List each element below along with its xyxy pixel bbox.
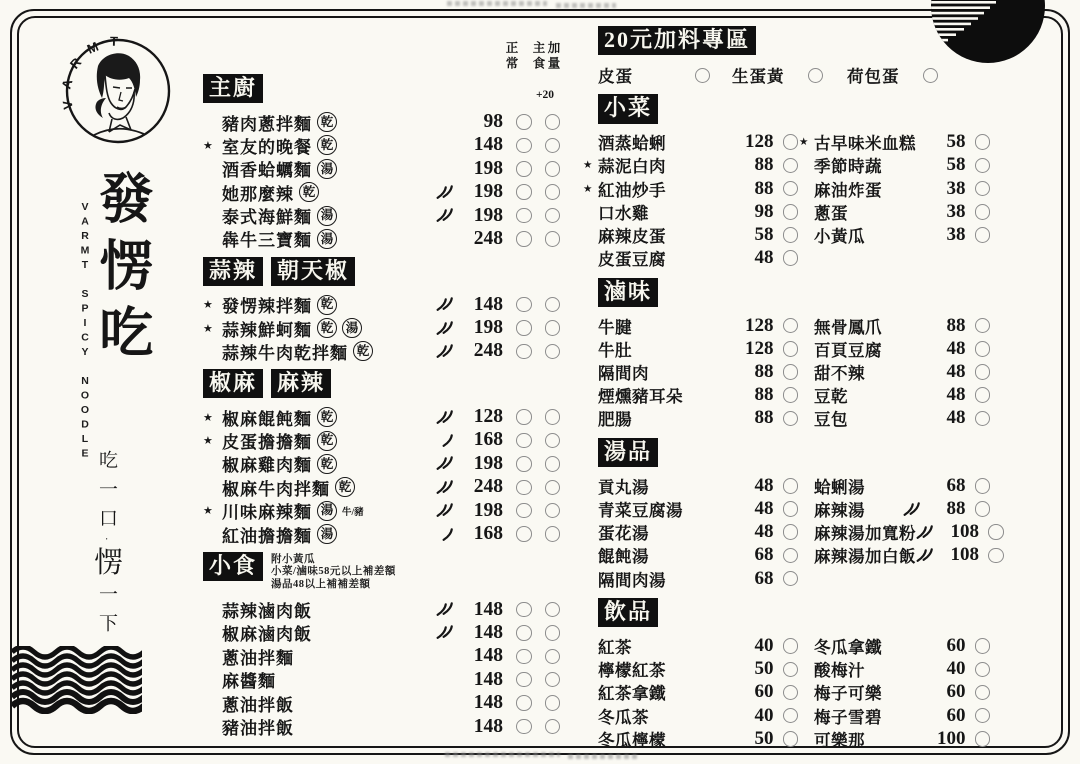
menu-item-row: 季節時蔬58 (814, 154, 990, 177)
item-name: 餛飩湯 (598, 543, 649, 567)
order-circle[interactable] (545, 433, 561, 449)
item-name: 蒜辣鮮蚵麵乾湯 (222, 316, 415, 341)
order-circle[interactable] (783, 662, 799, 678)
order-circle[interactable] (545, 161, 561, 177)
order-circle[interactable] (545, 526, 561, 542)
item-name: 麻油炸蛋 (814, 177, 882, 201)
signature-star-icon: ★ (203, 434, 222, 447)
serving-style-badge: 乾 (335, 477, 355, 497)
item-name: 冬瓜茶 (598, 704, 649, 728)
item-name: 她那麼辣乾 (222, 180, 415, 205)
order-circle[interactable] (545, 719, 561, 735)
chili-icon (903, 503, 920, 516)
order-circle[interactable] (545, 695, 561, 711)
signature-star-icon: ★ (583, 183, 592, 195)
item-name: 紅茶 (598, 634, 632, 658)
item-price: 148 (453, 692, 503, 714)
brand-tagline: 吃一口·愣一下 (91, 450, 120, 642)
menu-item-row: ★蒜泥白肉88 (598, 154, 798, 177)
section-note-line: 湯品48以上補補差額 (271, 579, 396, 591)
order-circle[interactable] (975, 341, 991, 357)
item-name: 冬瓜拿鐵 (814, 634, 882, 658)
item-name: 川味麻辣麵湯牛/豬 (222, 498, 415, 523)
order-circle[interactable] (783, 548, 799, 564)
item-name: 青菜豆腐湯 (598, 497, 683, 521)
menu-item-row: ★蒜辣鮮蚵麵乾湯198 (203, 316, 560, 339)
scan-artifact (445, 752, 560, 757)
menu-section: 飲品紅茶40檸檬紅茶50紅茶拿鐵60冬瓜茶40冬瓜檸檬50冬瓜拿鐵60酸梅汁40… (598, 598, 990, 750)
item-price: 38 (920, 178, 966, 200)
menu-item-row: 百頁豆腐48 (814, 337, 990, 360)
scan-artifact (568, 754, 638, 759)
menu-item-row: 皮蛋豆腐48 (598, 247, 798, 270)
order-circle[interactable] (783, 638, 799, 654)
item-name-text: 紅油擔擔麵 (222, 522, 312, 547)
section-title: 朝天椒 (271, 257, 355, 286)
menu-item-row: 貢丸湯48 (598, 474, 798, 497)
item-name-text: 室友的晚餐 (222, 133, 312, 158)
signature-star-icon: ★ (203, 322, 222, 335)
chili-icon (436, 298, 453, 311)
order-circle[interactable] (545, 297, 561, 313)
spice-level (415, 186, 453, 199)
item-price: 198 (453, 181, 503, 203)
item-name: 生蛋黃 (732, 63, 785, 87)
order-circle[interactable] (975, 134, 991, 150)
item-price: 248 (453, 476, 503, 498)
order-circle[interactable] (516, 695, 532, 711)
chili-icon (916, 526, 933, 539)
item-price: 68 (920, 475, 966, 497)
chili-icon (436, 411, 453, 424)
item-name: 豆包 (814, 406, 848, 430)
menu-item-row: 小黃瓜38 (814, 223, 990, 246)
section-title-row: 滷味 (598, 278, 990, 307)
menu-section: 椒麻麻辣★椒麻餛飩麵乾128★皮蛋擔擔麵乾168椒麻雞肉麵乾198椒麻牛肉拌麵乾… (203, 369, 560, 546)
chili-icon (442, 434, 453, 447)
item-name: 酸梅汁 (814, 657, 865, 681)
serving-style-badge: 湯 (317, 206, 337, 226)
item-name: 甜不辣 (814, 360, 865, 384)
item-name: 椒麻餛飩麵乾 (222, 405, 415, 430)
menu-item-row: 冬瓜拿鐵60 (814, 634, 990, 657)
menu-item-row: 紅茶40 (598, 634, 798, 657)
order-circle[interactable] (516, 320, 532, 336)
serving-style-badge: 乾 (317, 431, 337, 451)
order-circle[interactable] (545, 602, 561, 618)
item-name-text: 豬肉蔥拌麵 (222, 110, 312, 135)
item-name: 皮蛋擔擔麵乾 (222, 428, 415, 453)
menu-section: 蒜辣朝天椒★發愣辣拌麵乾148★蒜辣鮮蚵麵乾湯198蒜辣牛肉乾拌麵乾248 (203, 257, 560, 363)
order-circle[interactable] (516, 208, 532, 224)
menu-item-row: 隔間肉88 (598, 360, 798, 383)
tagline-part: 一下 (96, 584, 117, 642)
item-name: 貢丸湯 (598, 474, 649, 498)
menu-item-row: 豬油拌飯148 (203, 715, 560, 738)
item-price: 60 (728, 681, 774, 703)
serving-style-badge: 乾 (317, 407, 337, 427)
item-price: 50 (728, 728, 774, 750)
order-circle[interactable] (545, 138, 561, 154)
item-name-text: 泰式海鮮麵 (222, 203, 312, 228)
item-name: 紅油炒手 (598, 177, 666, 201)
order-circle[interactable] (516, 138, 532, 154)
menu-item-row: ★紅油炒手88 (598, 177, 798, 200)
section-note-line: 小菜/滷味58元以上補差額 (271, 566, 396, 578)
item-name: 皮蛋豆腐 (598, 246, 666, 270)
menu-item-row: 梅子雪碧60 (814, 704, 990, 727)
item-price: 148 (453, 716, 503, 738)
item-name: 季節時蔬 (814, 153, 882, 177)
order-circle[interactable] (783, 571, 799, 587)
chili-icon (436, 345, 453, 358)
order-circle[interactable] (695, 68, 711, 84)
menu-item-row: 犇牛三寶麵湯248 (203, 227, 560, 250)
item-name-text: 皮蛋擔擔麵 (222, 428, 312, 453)
order-circle[interactable] (516, 625, 532, 641)
menu-item-row: 椒麻雞肉麵乾198 (203, 452, 560, 475)
item-name-text: 蒜辣牛肉乾拌麵 (222, 339, 348, 364)
section-title-row: 主廚 (203, 74, 560, 103)
menu-section: 湯品貢丸湯48青菜豆腐湯48蛋花湯48餛飩湯68隔間肉湯68蛤蜊湯68麻辣湯88… (598, 438, 990, 590)
order-circle[interactable] (783, 524, 799, 540)
item-name: 小黃瓜 (814, 223, 865, 247)
serving-style-badge: 乾 (299, 182, 319, 202)
column-left: 紅茶40檸檬紅茶50紅茶拿鐵60冬瓜茶40冬瓜檸檬50 (598, 634, 798, 750)
order-circle[interactable] (975, 204, 991, 220)
order-circle[interactable] (988, 548, 1004, 564)
item-name: 肥腸 (598, 406, 632, 430)
menu-item-row: 酒香蛤蠣麵湯198 (203, 157, 560, 180)
item-name: 蒜泥白肉 (598, 153, 666, 177)
item-name: 泰式海鮮麵湯 (222, 203, 415, 228)
item-name: 蔥蛋 (814, 200, 848, 224)
chili-icon (436, 626, 453, 639)
column-right: ★古早味米血糕58季節時蔬58麻油炸蛋38蔥蛋38小黃瓜38 (814, 131, 990, 270)
menu-section: 主廚豬肉蔥拌麵乾98★室友的晚餐乾148酒香蛤蠣麵湯198她那麼辣乾198泰式海… (203, 74, 560, 251)
serving-style-badge: 乾 (317, 295, 337, 315)
column-left: 牛腱128牛肚128隔間肉88煙燻豬耳朵88肥腸88 (598, 314, 798, 430)
menu-item-row: 麻辣湯加寬粉108 (814, 521, 990, 544)
menu-item-row: 牛腱128 (598, 314, 798, 337)
item-price: 60 (920, 705, 966, 727)
order-circle[interactable] (783, 501, 799, 517)
serving-style-badge: 乾 (317, 318, 337, 338)
tagline-dot: · (100, 537, 112, 547)
spice-level (415, 434, 453, 447)
item-name: 蒜辣牛肉乾拌麵乾 (222, 339, 415, 364)
order-circle[interactable] (516, 409, 532, 425)
item-name: 牛肚 (598, 337, 632, 361)
item-price: 40 (728, 705, 774, 727)
order-circle[interactable] (808, 68, 824, 84)
item-name-text: 犇牛三寶麵 (222, 226, 312, 251)
menu-item-row: 麻辣湯88 (814, 497, 990, 520)
item-price: 88 (728, 361, 774, 383)
chili-icon (436, 457, 453, 470)
column-right: 無骨鳳爪88百頁豆腐48甜不辣48豆乾48豆包48 (814, 314, 990, 430)
menu-item-row: 酸梅汁40 (814, 658, 990, 681)
item-price: 68 (728, 544, 774, 566)
order-circle[interactable] (975, 478, 991, 494)
item-name-text: 椒麻滷肉飯 (222, 620, 312, 645)
item-price: 148 (453, 599, 503, 621)
order-circle[interactable] (545, 456, 561, 472)
item-name: 蔥油拌飯 (222, 691, 415, 716)
item-name: 檸檬紅茶 (598, 657, 666, 681)
section-title-row: 小食附小黃瓜小菜/滷味58元以上補差額湯品48以上補補差額 (203, 552, 560, 591)
order-circle[interactable] (545, 184, 561, 200)
order-circle[interactable] (516, 526, 532, 542)
item-name-text: 蒜辣鮮蚵麵 (222, 316, 312, 341)
order-circle[interactable] (545, 114, 561, 130)
item-name: 麻辣湯加白飯 (814, 543, 916, 567)
item-name-text: 豬油拌飯 (222, 714, 294, 739)
order-circle[interactable] (783, 181, 799, 197)
order-circle[interactable] (975, 685, 991, 701)
order-circle[interactable] (783, 708, 799, 724)
item-price: 88 (728, 178, 774, 200)
order-circle[interactable] (516, 503, 532, 519)
menu-item-row: 蔥油拌飯148 (203, 691, 560, 714)
order-circle[interactable] (975, 731, 991, 747)
chili-icon (436, 481, 453, 494)
order-circle[interactable] (975, 387, 991, 403)
section-columns: 牛腱128牛肚128隔間肉88煙燻豬耳朵88肥腸88無骨鳳爪88百頁豆腐48甜不… (598, 314, 990, 430)
section-title-row: 蒜辣朝天椒 (203, 257, 560, 286)
section-title: 小菜 (598, 94, 658, 123)
tagline-part: 愣 (90, 547, 122, 584)
order-circle[interactable] (783, 227, 799, 243)
tagline-part: 吃一口 (96, 450, 117, 537)
item-price: 38 (920, 201, 966, 223)
item-name: 椒麻滷肉飯 (222, 620, 415, 645)
item-price: 50 (728, 658, 774, 680)
menu-section: 小食附小黃瓜小菜/滷味58元以上補差額湯品48以上補補差額蒜辣滷肉飯148椒麻滷… (203, 552, 560, 738)
order-circle[interactable] (516, 114, 532, 130)
menu-item-row: 蛤蜊湯68 (814, 474, 990, 497)
item-price: 60 (920, 635, 966, 657)
order-circle[interactable] (783, 204, 799, 220)
spice-level (415, 345, 453, 358)
item-name: 麻辣皮蛋 (598, 223, 666, 247)
brand-logo: VARMT (60, 34, 176, 154)
order-circle[interactable] (545, 503, 561, 519)
item-price: 248 (453, 228, 503, 250)
order-circle[interactable] (516, 456, 532, 472)
order-circle[interactable] (545, 625, 561, 641)
item-price: 198 (453, 158, 503, 180)
item-price: 98 (453, 111, 503, 133)
menu-item-row: 肥腸88 (598, 407, 798, 430)
item-price: 168 (453, 429, 503, 451)
order-circle[interactable] (516, 602, 532, 618)
item-price: 128 (728, 315, 774, 337)
item-price: 198 (453, 500, 503, 522)
section-title: 麻辣 (271, 369, 331, 398)
order-circle[interactable] (545, 208, 561, 224)
serving-style-badge: 湯 (317, 159, 337, 179)
order-circle[interactable] (975, 501, 991, 517)
order-circle[interactable] (516, 344, 532, 360)
menu-item-row: 麻油炸蛋38 (814, 177, 990, 200)
sides-menu-column: 20元加料專區皮蛋生蛋黃荷包蛋小菜酒蒸蛤蜊128★蒜泥白肉88★紅油炒手88口水… (598, 20, 990, 754)
item-price: 128 (728, 131, 774, 153)
menu-item-row: 冬瓜檸檬50 (598, 727, 798, 750)
item-price: 108 (933, 521, 979, 543)
section-title: 飲品 (598, 598, 658, 627)
item-name: 麻辣湯加寬粉 (814, 520, 916, 544)
order-circle[interactable] (516, 649, 532, 665)
spice-level (415, 603, 453, 616)
menu-item-row: 蔥蛋38 (814, 200, 990, 223)
menu-item-row: ★川味麻辣麵湯牛/豬198 (203, 499, 560, 522)
section-title: 20元加料專區 (598, 26, 756, 55)
order-circle[interactable] (516, 719, 532, 735)
order-circle[interactable] (923, 68, 939, 84)
serving-style-badge: 湯 (317, 501, 337, 521)
menu-item-row: 豆乾48 (814, 384, 990, 407)
item-price: 88 (920, 498, 966, 520)
menu-item-row: 檸檬紅茶50 (598, 658, 798, 681)
order-circle[interactable] (783, 134, 799, 150)
menu-item-row: 青菜豆腐湯48 (598, 497, 798, 520)
signature-star-icon: ★ (799, 136, 808, 148)
item-name: 隔間肉湯 (598, 567, 666, 591)
item-name: 麻辣湯 (814, 497, 865, 521)
menu-item-row: 可樂那100 (814, 727, 990, 750)
item-price: 168 (453, 523, 503, 545)
order-circle[interactable] (975, 158, 991, 174)
chili-icon (436, 322, 453, 335)
section-title: 小食 (203, 552, 263, 581)
menu-item-row: 蒜辣滷肉飯148 (203, 598, 560, 621)
order-circle[interactable] (783, 478, 799, 494)
order-circle[interactable] (516, 297, 532, 313)
order-circle[interactable] (545, 344, 561, 360)
menu-item-row: 她那麼辣乾198 (203, 180, 560, 203)
order-circle[interactable] (545, 409, 561, 425)
chili-icon (436, 209, 453, 222)
order-circle[interactable] (545, 672, 561, 688)
order-circle[interactable] (516, 231, 532, 247)
section-note-line: 附小黃瓜 (271, 554, 396, 566)
order-circle[interactable] (975, 662, 991, 678)
order-circle[interactable] (516, 672, 532, 688)
order-circle[interactable] (975, 227, 991, 243)
item-price: 88 (728, 154, 774, 176)
menu-item-row: ★室友的晚餐乾148 (203, 134, 560, 157)
item-name-text: 椒麻雞肉麵 (222, 451, 312, 476)
item-name-text: 麻醬麵 (222, 667, 276, 692)
order-circle[interactable] (975, 318, 991, 334)
logo-face-illustration (94, 53, 144, 135)
order-circle[interactable] (783, 685, 799, 701)
order-circle[interactable] (516, 161, 532, 177)
order-circle[interactable] (545, 231, 561, 247)
brand-name-latin: VARMT SPICY NOODLE (79, 201, 91, 462)
item-price: 48 (920, 407, 966, 429)
order-circle[interactable] (975, 181, 991, 197)
item-name: 冬瓜檸檬 (598, 727, 666, 751)
spice-level (415, 626, 453, 639)
item-name: 煙燻豬耳朵 (598, 383, 683, 407)
column-left: 酒蒸蛤蜊128★蒜泥白肉88★紅油炒手88口水雞98麻辣皮蛋58皮蛋豆腐48 (598, 131, 798, 270)
item-price: 248 (453, 340, 503, 362)
order-circle[interactable] (988, 524, 1004, 540)
item-name: 豆乾 (814, 383, 848, 407)
signature-star-icon: ★ (203, 139, 222, 152)
menu-item-row: 麻辣湯加白飯108 (814, 544, 990, 567)
item-name: 蔥油拌麵 (222, 644, 415, 669)
section-title-row: 飲品 (598, 598, 990, 627)
section-columns: 紅茶40檸檬紅茶50紅茶拿鐵60冬瓜茶40冬瓜檸檬50冬瓜拿鐵60酸梅汁40梅子… (598, 634, 990, 750)
section-columns: 貢丸湯48青菜豆腐湯48蛋花湯48餛飩湯68隔間肉湯68蛤蜊湯68麻辣湯88麻辣… (598, 474, 990, 590)
item-name: 蛋花湯 (598, 520, 649, 544)
order-circle[interactable] (975, 364, 991, 380)
order-circle[interactable] (783, 158, 799, 174)
order-circle[interactable] (783, 364, 799, 380)
order-circle[interactable] (783, 250, 799, 266)
menu-item-row: 牛肚128 (598, 337, 798, 360)
order-circle[interactable] (975, 411, 991, 427)
order-circle[interactable] (975, 708, 991, 724)
chili-icon (436, 603, 453, 616)
item-note: 牛/豬 (342, 504, 364, 518)
order-circle[interactable] (783, 411, 799, 427)
addon-section: 20元加料專區皮蛋生蛋黃荷包蛋 (598, 26, 990, 86)
item-price: 48 (728, 475, 774, 497)
item-price: 60 (920, 681, 966, 703)
menu-item-row: 蔥油拌麵148 (203, 645, 560, 668)
order-circle[interactable] (783, 731, 799, 747)
signature-star-icon: ★ (583, 159, 592, 171)
spice-level (415, 457, 453, 470)
item-price: 58 (920, 131, 966, 153)
item-price: 148 (453, 134, 503, 156)
section-title-row: 椒麻麻辣 (203, 369, 560, 398)
menu-item-row: ★古早味米血糕58 (814, 131, 990, 154)
scan-artifact (556, 3, 616, 8)
order-circle[interactable] (975, 638, 991, 654)
item-price: 48 (728, 521, 774, 543)
item-price: 198 (453, 317, 503, 339)
order-circle[interactable] (545, 649, 561, 665)
chili-icon (442, 528, 453, 541)
order-circle[interactable] (516, 184, 532, 200)
order-circle[interactable] (783, 341, 799, 357)
item-name: 椒麻牛肉拌麵乾 (222, 475, 415, 500)
waves-decoration (12, 646, 142, 714)
order-circle[interactable] (545, 320, 561, 336)
item-name-text: 發愣辣拌麵 (222, 292, 312, 317)
order-circle[interactable] (516, 433, 532, 449)
item-price: 38 (920, 224, 966, 246)
section-title: 主廚 (203, 74, 263, 103)
item-name: 隔間肉 (598, 360, 649, 384)
serving-style-badge: 乾 (317, 112, 337, 132)
order-circle[interactable] (516, 480, 532, 496)
serving-style-badge: 乾 (353, 341, 373, 361)
addon-item: 荷包蛋 (847, 63, 938, 87)
spice-level (415, 528, 453, 541)
serving-style-badge: 乾 (317, 454, 337, 474)
order-circle[interactable] (783, 318, 799, 334)
menu-item-row: 梅子可樂60 (814, 681, 990, 704)
order-circle[interactable] (783, 387, 799, 403)
order-circle[interactable] (545, 480, 561, 496)
serving-style-badge: 乾 (317, 135, 337, 155)
